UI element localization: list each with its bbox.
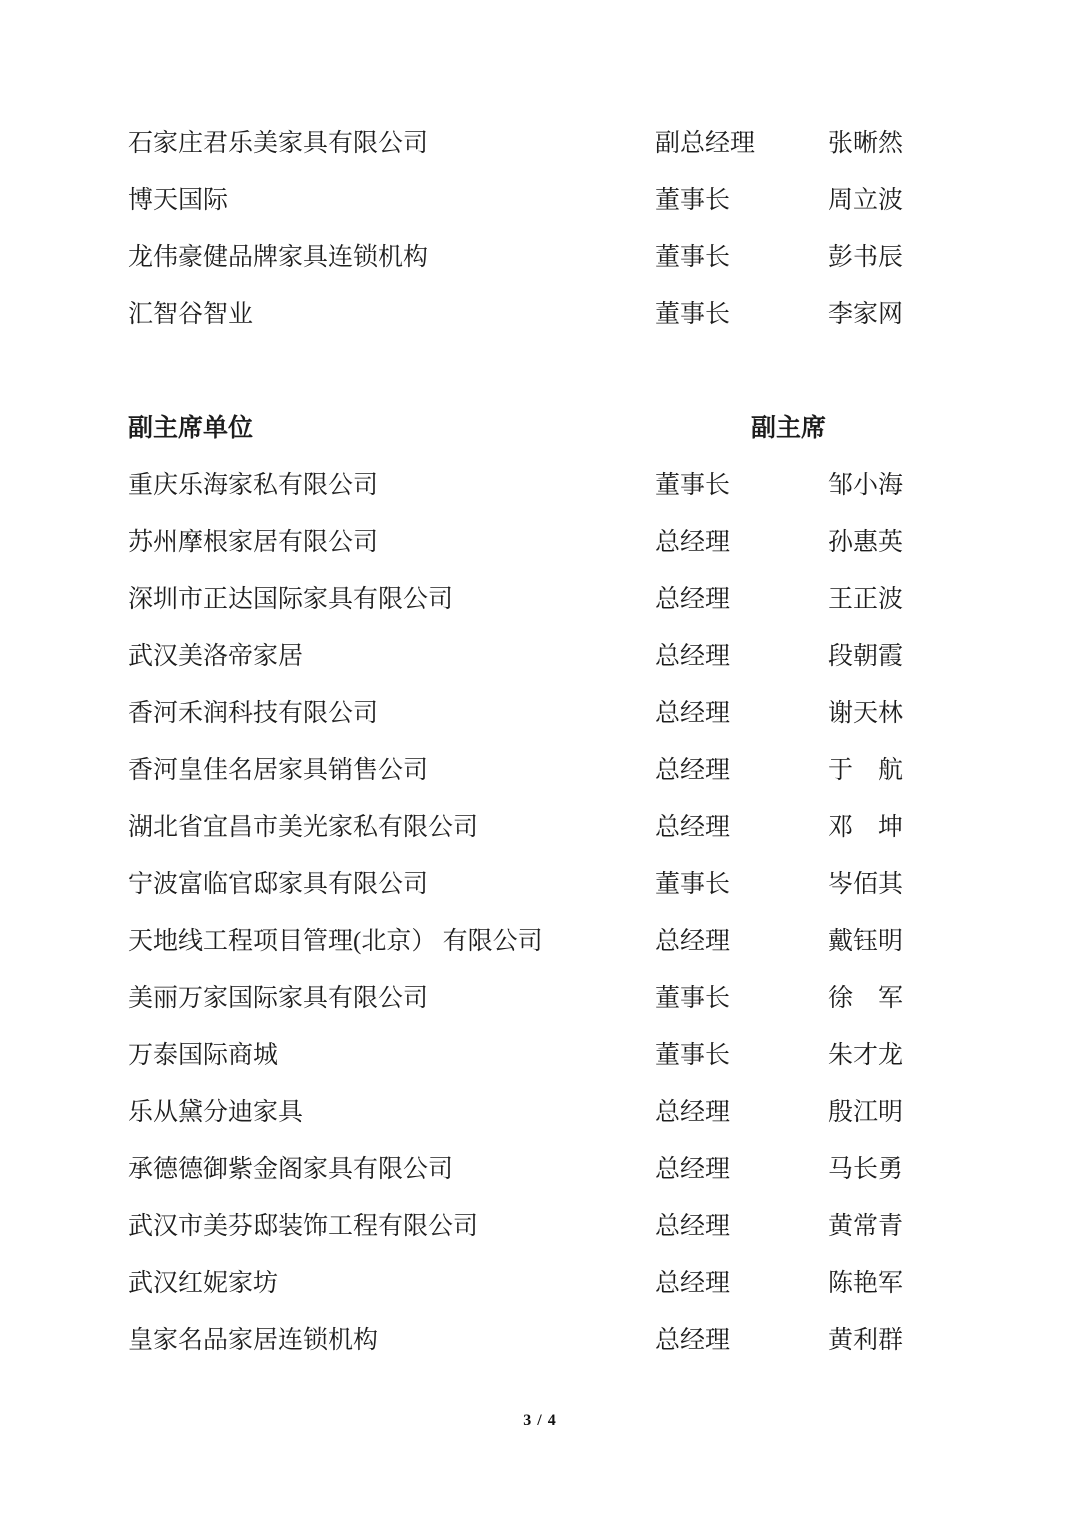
vice-chairman-table: 重庆乐海家私有限公司 董事长 邹小海 苏州摩根家居有限公司 总经理 孙惠英 深圳… [128,457,1020,1369]
person-name: 马长勇 [828,1141,1020,1198]
company-name: 美丽万家国际家具有限公司 [128,970,655,1027]
position-title: 总经理 [655,1255,828,1312]
position-title: 董事长 [655,856,828,913]
company-name: 深圳市正达国际家具有限公司 [128,571,655,628]
person-name: 段朝霞 [828,628,1020,685]
company-name: 武汉市美芬邸装饰工程有限公司 [128,1198,655,1255]
position-title: 总经理 [655,1198,828,1255]
vice-chairman-unit-header: 副主席单位 [128,400,751,457]
position-title: 董事长 [655,970,828,1027]
table-row: 龙伟豪健品牌家具连锁机构 董事长 彭书辰 [128,229,1020,286]
person-name: 殷江明 [828,1084,1020,1141]
position-title: 董事长 [655,286,828,343]
table-row: 苏州摩根家居有限公司 总经理 孙惠英 [128,514,1020,571]
position-title: 总经理 [655,685,828,742]
company-name: 湖北省宜昌市美光家私有限公司 [128,799,655,856]
person-name: 谢天林 [828,685,1020,742]
table-row: 天地线工程项目管理(北京） 有限公司 总经理 戴钰明 [128,913,1020,970]
company-name: 重庆乐海家私有限公司 [128,457,655,514]
vice-chairman-header: 副主席 [751,400,1020,457]
person-name: 黄利群 [828,1312,1020,1369]
document-page: 石家庄君乐美家具有限公司 副总经理 张晰然 博天国际 董事长 周立波 龙伟豪健品… [0,0,1080,1527]
position-title: 总经理 [655,1084,828,1141]
table-row: 博天国际 董事长 周立波 [128,172,1020,229]
position-title: 董事长 [655,1027,828,1084]
person-name: 彭书辰 [828,229,1020,286]
company-name: 汇智谷智业 [128,286,655,343]
person-name: 孙惠英 [828,514,1020,571]
company-name: 万泰国际商城 [128,1027,655,1084]
company-name: 苏州摩根家居有限公司 [128,514,655,571]
table-row: 美丽万家国际家具有限公司 董事长 徐 军 [128,970,1020,1027]
person-name: 黄常青 [828,1198,1020,1255]
chairman-continuation-table: 石家庄君乐美家具有限公司 副总经理 张晰然 博天国际 董事长 周立波 龙伟豪健品… [128,115,1020,343]
company-name: 武汉美洛帝家居 [128,628,655,685]
table-row: 皇家名品家居连锁机构 总经理 黄利群 [128,1312,1020,1369]
company-name: 香河禾润科技有限公司 [128,685,655,742]
company-name: 宁波富临官邸家具有限公司 [128,856,655,913]
person-name: 邓 坤 [828,799,1020,856]
position-title: 董事长 [655,229,828,286]
position-title: 总经理 [655,628,828,685]
table-row: 武汉美洛帝家居 总经理 段朝霞 [128,628,1020,685]
person-name: 周立波 [828,172,1020,229]
table-row: 香河禾润科技有限公司 总经理 谢天林 [128,685,1020,742]
company-name: 武汉红妮家坊 [128,1255,655,1312]
person-name: 戴钰明 [828,913,1020,970]
company-name: 龙伟豪健品牌家具连锁机构 [128,229,655,286]
section-spacer [128,343,1020,400]
company-name: 香河皇佳名居家具销售公司 [128,742,655,799]
company-name: 博天国际 [128,172,655,229]
position-title: 总经理 [655,1312,828,1369]
position-title: 总经理 [655,742,828,799]
person-name: 岑佰其 [828,856,1020,913]
position-title: 董事长 [655,172,828,229]
position-title: 总经理 [655,1141,828,1198]
company-name: 天地线工程项目管理(北京） 有限公司 [128,913,655,970]
vice-chairman-section-header: 副主席单位 副主席 [128,400,1020,457]
position-title: 总经理 [655,799,828,856]
person-name: 张晰然 [828,115,1020,172]
company-name: 承德德御紫金阁家具有限公司 [128,1141,655,1198]
table-row: 乐从黛分迪家具 总经理 殷江明 [128,1084,1020,1141]
table-row: 香河皇佳名居家具销售公司 总经理 于 航 [128,742,1020,799]
table-row: 武汉红妮家坊 总经理 陈艳军 [128,1255,1020,1312]
position-title: 总经理 [655,571,828,628]
table-row: 宁波富临官邸家具有限公司 董事长 岑佰其 [128,856,1020,913]
company-name: 皇家名品家居连锁机构 [128,1312,655,1369]
company-name: 石家庄君乐美家具有限公司 [128,115,655,172]
position-title: 董事长 [655,457,828,514]
table-row: 湖北省宜昌市美光家私有限公司 总经理 邓 坤 [128,799,1020,856]
table-row: 承德德御紫金阁家具有限公司 总经理 马长勇 [128,1141,1020,1198]
person-name: 陈艳军 [828,1255,1020,1312]
position-title: 副总经理 [655,115,828,172]
person-name: 于 航 [828,742,1020,799]
person-name: 王正波 [828,571,1020,628]
table-row: 武汉市美芬邸装饰工程有限公司 总经理 黄常青 [128,1198,1020,1255]
table-row: 重庆乐海家私有限公司 董事长 邹小海 [128,457,1020,514]
position-title: 总经理 [655,913,828,970]
table-row: 石家庄君乐美家具有限公司 副总经理 张晰然 [128,115,1020,172]
person-name: 徐 军 [828,970,1020,1027]
position-title: 总经理 [655,514,828,571]
table-row: 深圳市正达国际家具有限公司 总经理 王正波 [128,571,1020,628]
person-name: 李家网 [828,286,1020,343]
table-row: 万泰国际商城 董事长 朱才龙 [128,1027,1020,1084]
page-content: 石家庄君乐美家具有限公司 副总经理 张晰然 博天国际 董事长 周立波 龙伟豪健品… [128,115,1020,1369]
table-row: 汇智谷智业 董事长 李家网 [128,286,1020,343]
person-name: 朱才龙 [828,1027,1020,1084]
person-name: 邹小海 [828,457,1020,514]
page-number: 3 / 4 [0,1412,1080,1430]
company-name: 乐从黛分迪家具 [128,1084,655,1141]
